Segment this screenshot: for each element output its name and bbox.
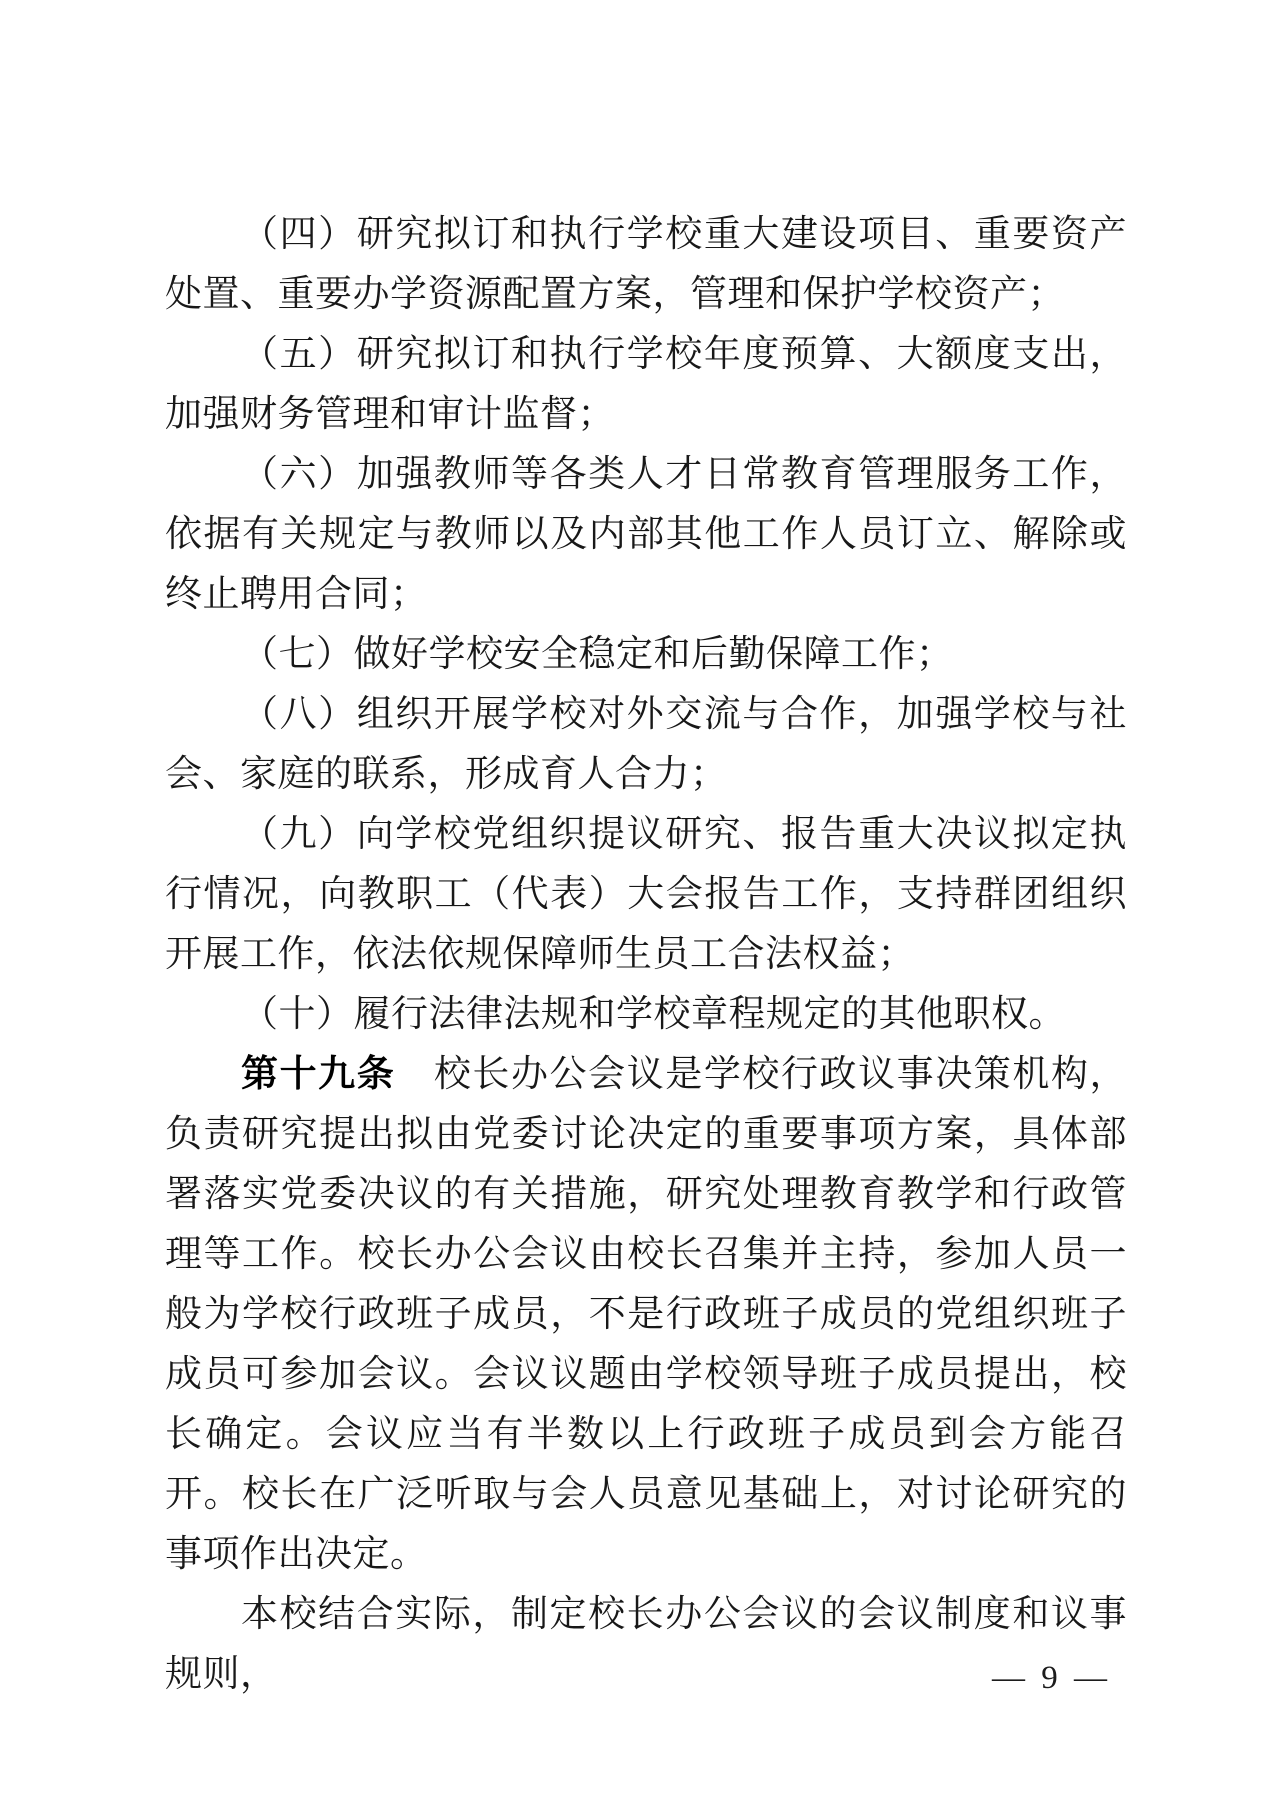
- paragraph: （七）做好学校安全稳定和后勤保障工作；: [165, 625, 1127, 685]
- paragraph-text: （十）履行法律法规和学校章程规定的其他职权。: [241, 994, 1066, 1035]
- paragraph: （五）研究拟订和执行学校年度预算、大额度支出，加强财务管理和审计监督；: [165, 325, 1127, 445]
- paragraph: （六）加强教师等各类人才日常教育管理服务工作，依据有关规定与教师以及内部其他工作…: [165, 445, 1127, 625]
- document-body: （四）研究拟订和执行学校重大建设项目、重要资产处置、重要办学资源配置方案，管理和…: [165, 205, 1127, 1705]
- paragraph: （九）向学校党组织提议研究、报告重大决议拟定执行情况，向教职工（代表）大会报告工…: [165, 805, 1127, 985]
- paragraph-text: （六）加强教师等各类人才日常教育管理服务工作，依据有关规定与教师以及内部其他工作…: [165, 454, 1127, 615]
- paragraph-text: （八）组织开展学校对外交流与合作，加强学校与社会、家庭的联系，形成育人合力；: [165, 694, 1127, 795]
- paragraph-text: （四）研究拟订和执行学校重大建设项目、重要资产处置、重要办学资源配置方案，管理和…: [165, 214, 1127, 315]
- paragraph: （八）组织开展学校对外交流与合作，加强学校与社会、家庭的联系，形成育人合力；: [165, 685, 1127, 805]
- paragraph-text: 本校结合实际，制定校长办公会议的会议制度和议事规则，: [165, 1594, 1127, 1695]
- paragraph: （四）研究拟订和执行学校重大建设项目、重要资产处置、重要办学资源配置方案，管理和…: [165, 205, 1127, 325]
- article-number: 第十九条: [241, 1054, 395, 1095]
- paragraph-text: （七）做好学校安全稳定和后勤保障工作；: [241, 634, 954, 675]
- paragraph: 第十九条 校长办公会议是学校行政议事决策机构，负责研究提出拟由党委讨论决定的重要…: [165, 1045, 1127, 1585]
- paragraph: （十）履行法律法规和学校章程规定的其他职权。: [165, 985, 1127, 1045]
- document-page: （四）研究拟订和执行学校重大建设项目、重要资产处置、重要办学资源配置方案，管理和…: [0, 0, 1269, 1794]
- paragraph: 本校结合实际，制定校长办公会议的会议制度和议事规则，: [165, 1585, 1127, 1705]
- paragraph-text: （九）向学校党组织提议研究、报告重大决议拟定执行情况，向教职工（代表）大会报告工…: [165, 814, 1127, 975]
- page-number: — 9 —: [992, 1658, 1111, 1698]
- paragraph-text: （五）研究拟订和执行学校年度预算、大额度支出，加强财务管理和审计监督；: [165, 334, 1127, 435]
- paragraph-text: 校长办公会议是学校行政议事决策机构，负责研究提出拟由党委讨论决定的重要事项方案，…: [165, 1054, 1127, 1575]
